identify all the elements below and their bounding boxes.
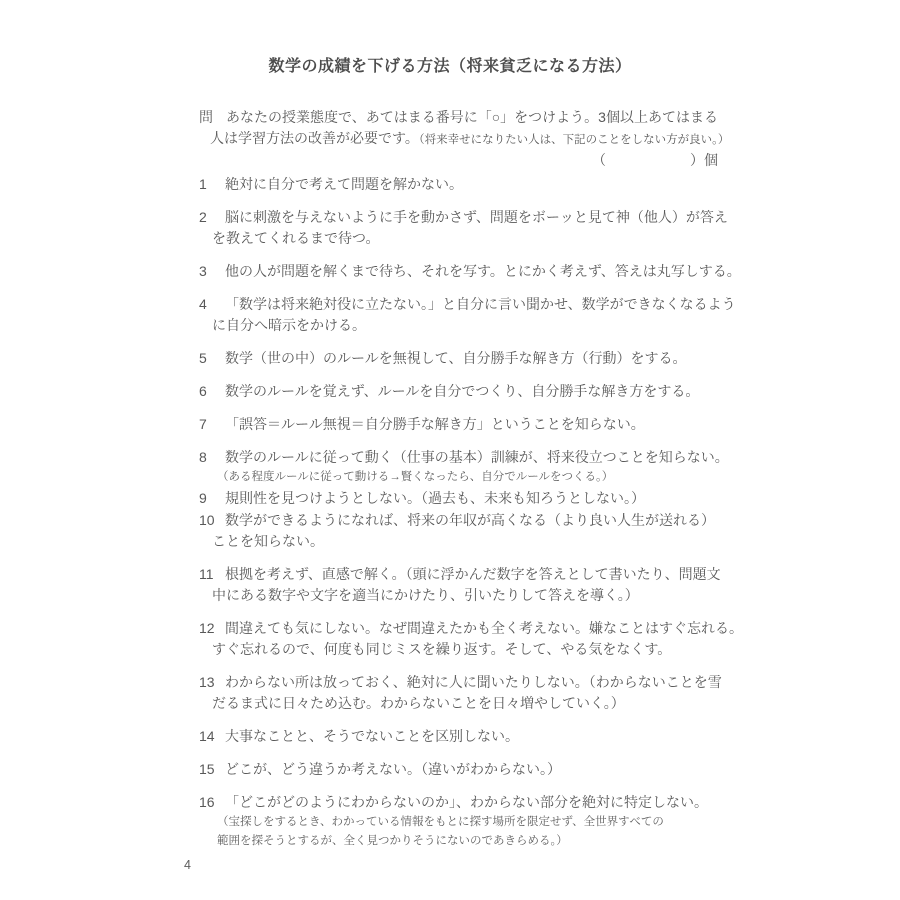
list-item: 15どこが、どう違うか考えない。（違いがわからない。） (199, 759, 759, 780)
item-text: 「誤答＝ルール無視＝自分勝手な解き方」ということを知らない。 (225, 414, 645, 435)
question-block: 問 あなたの授業態度で、あてはまる番号に「○」をつけよう。3個以上あてはまる 人… (199, 107, 744, 171)
list-item: 2脳に刺激を与えないように手を動かさず、問題をボーッと見て神（他人）が答えを教え… (199, 207, 759, 249)
item-number: 4 (199, 294, 225, 315)
question-line-1: 問 あなたの授業態度で、あてはまる番号に「○」をつけよう。3個以上あてはまる (199, 107, 744, 128)
list-item: 6数学のルールを覚えず、ルールを自分でつくり、自分勝手な解き方をする。 (199, 381, 759, 402)
list-item: 11根拠を考えず、直感で解く。（頭に浮かんだ数字を答えとして書いたり、問題文中に… (199, 564, 759, 606)
item-text: 数学ができるようになれば、将来の年収が高くなる（より良い人生が送れる） (225, 510, 715, 531)
item-number: 7 (199, 414, 225, 435)
item-text: 絶対に自分で考えて問題を解かない。 (225, 174, 463, 195)
item-number: 13 (199, 672, 225, 693)
item-number: 1 (199, 174, 225, 195)
item-text: 数学のルールに従って動く（仕事の基本）訓練が、将来役立つことを知らない。 (225, 447, 729, 468)
item-text-continuation: 中にある数字や文字を適当にかけたり、引いたりして答えを導く。） (199, 585, 759, 606)
list-item: 13わからない所は放っておく、絶対に人に聞いたりしない。（わからないことを雪だる… (199, 672, 759, 714)
item-text: 間違えても気にしない。なぜ間違えたかも全く考えない。嫌なことはすぐ忘れる。 (225, 618, 743, 639)
item-line: 10数学ができるようになれば、将来の年収が高くなる（より良い人生が送れる） (199, 510, 759, 531)
list-item: 8数学のルールに従って動く（仕事の基本）訓練が、将来役立つことを知らない。（ある… (199, 447, 759, 487)
item-text: どこが、どう違うか考えない。（違いがわからない。） (225, 759, 561, 780)
answer-count-blank: （ ）個 (199, 150, 744, 171)
item-text: 大事なことと、そうでないことを区別しない。 (225, 726, 519, 747)
question-text-continuation: 人は学習方法の改善が必要です。 (210, 130, 419, 146)
document-page: 数学の成績を下げる方法（将来貧乏になる方法） 問 あなたの授業態度で、あてはまる… (0, 0, 900, 900)
item-number: 14 (199, 726, 225, 747)
item-line: 6数学のルールを覚えず、ルールを自分でつくり、自分勝手な解き方をする。 (199, 381, 759, 402)
item-line: 11根拠を考えず、直感で解く。（頭に浮かんだ数字を答えとして書いたり、問題文 (199, 564, 759, 585)
item-line: 4「数学は将来絶対役に立たない。」と自分に言い聞かせ、数学ができなくなるよう (199, 294, 759, 315)
item-number: 11 (199, 564, 225, 585)
page-title: 数学の成績を下げる方法（将来貧乏になる方法） (0, 0, 900, 78)
item-text: 数学（世の中）のルールを無視して、自分勝手な解き方（行動）をする。 (225, 348, 686, 369)
item-line: 2脳に刺激を与えないように手を動かさず、問題をボーッと見て神（他人）が答え (199, 207, 759, 228)
item-text: 根拠を考えず、直感で解く。（頭に浮かんだ数字を答えとして書いたり、問題文 (225, 564, 721, 585)
list-item: 5数学（世の中）のルールを無視して、自分勝手な解き方（行動）をする。 (199, 348, 759, 369)
item-line: 5数学（世の中）のルールを無視して、自分勝手な解き方（行動）をする。 (199, 348, 759, 369)
item-text-continuation: すぐ忘れるので、何度も同じミスを繰り返す。そして、やる気をなくす。 (199, 639, 759, 660)
item-line: 14大事なことと、そうでないことを区別しない。 (199, 726, 759, 747)
item-text-continuation: ことを知らない。 (199, 531, 759, 552)
list-item: 12間違えても気にしない。なぜ間違えたかも全く考えない。嫌なことはすぐ忘れる。す… (199, 618, 759, 660)
item-number: 2 (199, 207, 225, 228)
item-text-continuation: だるま式に日々ため込む。わからないことを日々増やしていく。） (199, 693, 759, 714)
list-item: 9規則性を見つけようとしない。（過去も、未来も知ろうとしない。） (199, 488, 759, 509)
item-line: 12間違えても気にしない。なぜ間違えたかも全く考えない。嫌なことはすぐ忘れる。 (199, 618, 759, 639)
item-line: 8数学のルールに従って動く（仕事の基本）訓練が、将来役立つことを知らない。 (199, 447, 759, 468)
item-text: 「どこがどのようにわからないのか」、わからない部分を絶対に特定しない。 (225, 792, 708, 813)
question-note: （将来幸せになりたい人は、下記のことをしない方が良い。） (419, 134, 730, 146)
item-line: 16「どこがどのようにわからないのか」、わからない部分を絶対に特定しない。 (199, 792, 759, 813)
page-number: 4 (184, 858, 191, 872)
item-line: 7「誤答＝ルール無視＝自分勝手な解き方」ということを知らない。 (199, 414, 759, 435)
item-number: 6 (199, 381, 225, 402)
item-line: 3他の人が問題を解くまで待ち、それを写す。とにかく考えず、答えは丸写しする。 (199, 261, 759, 282)
item-number: 16 (199, 792, 225, 813)
item-number: 8 (199, 447, 225, 468)
item-text: 規則性を見つけようとしない。（過去も、未来も知ろうとしない。） (225, 488, 645, 509)
item-number: 5 (199, 348, 225, 369)
list-item: 7「誤答＝ルール無視＝自分勝手な解き方」ということを知らない。 (199, 414, 759, 435)
list-item: 10数学ができるようになれば、将来の年収が高くなる（より良い人生が送れる）ことを… (199, 510, 759, 552)
item-text: わからない所は放っておく、絶対に人に聞いたりしない。（わからないことを雪 (225, 672, 722, 693)
item-text: 脳に刺激を与えないように手を動かさず、問題をボーッと見て神（他人）が答え (225, 207, 728, 228)
item-text-continuation: に自分へ暗示をかける。 (199, 315, 759, 336)
list-item: 16「どこがどのようにわからないのか」、わからない部分を絶対に特定しない。（宝探… (199, 792, 759, 851)
list-item: 1絶対に自分で考えて問題を解かない。 (199, 174, 759, 195)
item-number: 10 (199, 510, 225, 531)
item-line: 1絶対に自分で考えて問題を解かない。 (199, 174, 759, 195)
item-number: 3 (199, 261, 225, 282)
question-label: 問 (199, 107, 213, 128)
question-line-2: 人は学習方法の改善が必要です。（将来幸せになりたい人は、下記のことをしない方が良… (199, 128, 744, 151)
item-text-continuation: 範囲を探そうとするが、全く見つかりそうにないのであきらめる。） (199, 832, 759, 851)
item-line: 9規則性を見つけようとしない。（過去も、未来も知ろうとしない。） (199, 488, 759, 509)
item-text-continuation: （ある程度ルールに従って動ける→賢くなったら、自分でルールをつくる。） (199, 468, 759, 487)
item-number: 9 (199, 488, 225, 509)
list-item: 4「数学は将来絶対役に立たない。」と自分に言い聞かせ、数学ができなくなるように自… (199, 294, 759, 336)
item-number: 15 (199, 759, 225, 780)
item-line: 15どこが、どう違うか考えない。（違いがわからない。） (199, 759, 759, 780)
item-number: 12 (199, 618, 225, 639)
item-list: 1絶対に自分で考えて問題を解かない。2脳に刺激を与えないように手を動かさず、問題… (199, 174, 759, 851)
list-item: 14大事なことと、そうでないことを区別しない。 (199, 726, 759, 747)
list-item: 3他の人が問題を解くまで待ち、それを写す。とにかく考えず、答えは丸写しする。 (199, 261, 759, 282)
item-text: 数学のルールを覚えず、ルールを自分でつくり、自分勝手な解き方をする。 (225, 381, 699, 402)
question-text: あなたの授業態度で、あてはまる番号に「○」をつけよう。3個以上あてはまる (226, 107, 718, 128)
item-text: 他の人が問題を解くまで待ち、それを写す。とにかく考えず、答えは丸写しする。 (225, 261, 741, 282)
item-text-continuation: （宝探しをするとき、わかっている情報をもとに探す場所を限定せず、全世界すべての (199, 813, 759, 832)
item-line: 13わからない所は放っておく、絶対に人に聞いたりしない。（わからないことを雪 (199, 672, 759, 693)
item-text: 「数学は将来絶対役に立たない。」と自分に言い聞かせ、数学ができなくなるよう (225, 294, 736, 315)
item-text-continuation: を教えてくれるまで待つ。 (199, 228, 759, 249)
